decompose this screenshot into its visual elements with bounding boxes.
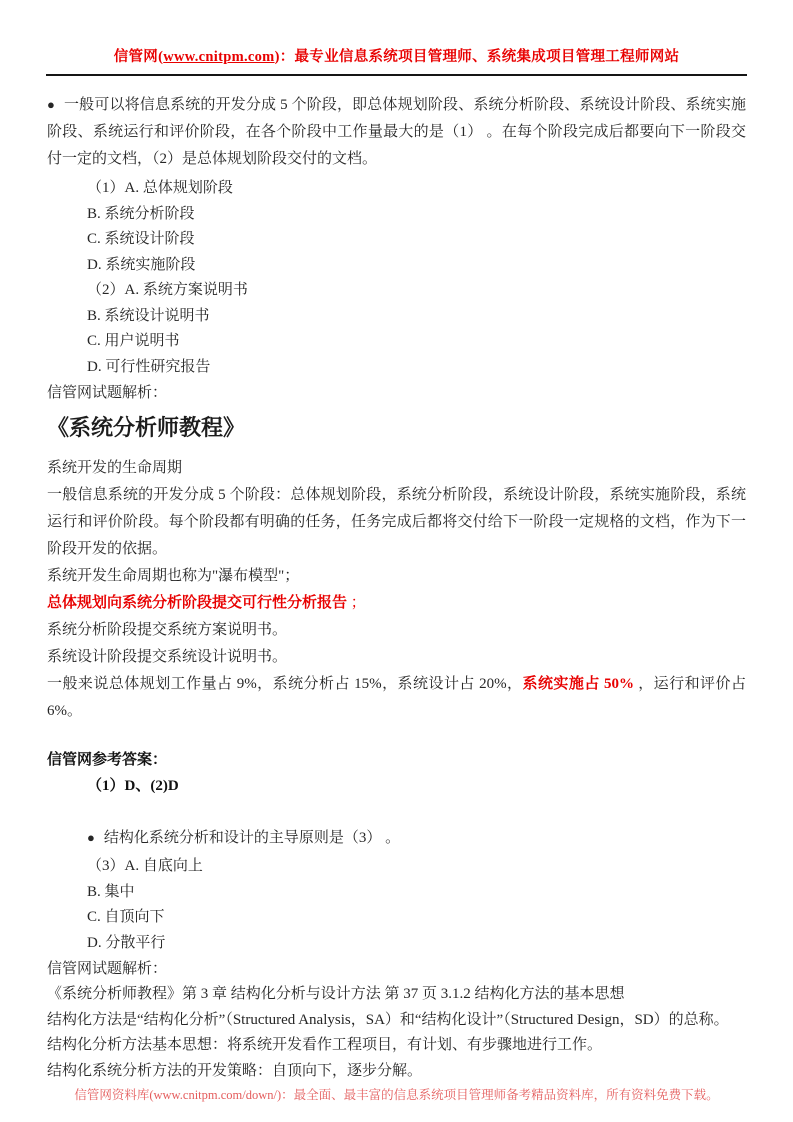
analysis-line: 结构化系统分析方法的开发策略：自顶向下，逐步分解。 <box>47 1059 746 1085</box>
analysis-line: 系统开发的生命周期 <box>47 455 746 482</box>
analysis-label: 信管网试题解析： <box>47 956 746 982</box>
answer-value: （1）D、(2)D <box>87 773 746 799</box>
bullet-icon: ● <box>87 830 95 845</box>
option-item: （3）A. 自底向上 <box>87 854 746 880</box>
option-item: （1）A. 总体规划阶段 <box>87 176 746 202</box>
option-item: C. 用户说明书 <box>87 329 746 355</box>
analysis-line: 《系统分析师教程》第 3 章 结构化分析与设计方法 第 37 页 3.1.2 结… <box>47 982 746 1008</box>
option-item: D. 可行性研究报告 <box>87 355 746 381</box>
analysis-label: 信管网试题解析： <box>47 380 746 406</box>
analysis-line: 系统设计阶段提交系统设计说明书。 <box>47 644 746 671</box>
footer-suffix: )：最全面、最丰富的信息系统项目管理师备考精品资料库，所有资料免费下载。 <box>277 1088 719 1102</box>
question-2-options: （3）A. 自底向上 B. 集中 C. 自顶向下 D. 分散平行 <box>0 854 793 956</box>
option-item: D. 分散平行 <box>87 931 746 957</box>
option-item: D. 系统实施阶段 <box>87 253 746 279</box>
analysis-line: 结构化分析方法基本思想：将系统开发看作工程项目，有计划、有步骤地进行工作。 <box>47 1033 746 1059</box>
book-title-heading: 《系统分析师教程》 <box>47 412 746 444</box>
option-item: C. 自顶向下 <box>87 905 746 931</box>
analysis-workload-line: 一般来说总体规划工作量占 9%，系统分析占 15%，系统设计占 20%，系统实施… <box>47 671 746 725</box>
site-header-prefix: 信管网( <box>114 49 164 65</box>
page-footer: 信管网资料库(www.cnitpm.com/down/)：最全面、最丰富的信息系… <box>30 1086 763 1104</box>
download-link[interactable]: www.cnitpm.com/down/ <box>154 1088 277 1102</box>
analysis-line: 系统分析阶段提交系统方案说明书。 <box>47 617 746 644</box>
site-header: 信管网(www.cnitpm.com)：最专业信息系统项目管理师、系统集成项目管… <box>46 45 747 76</box>
question-1-body: 一般可以将信息系统的开发分成 5 个阶段，即总体规划阶段、系统分析阶段、系统设计… <box>47 97 746 167</box>
option-item: C. 系统设计阶段 <box>87 227 746 253</box>
question-2-text: ●结构化系统分析和设计的主导原则是（3） 。 <box>87 825 746 851</box>
analysis-line: 一般信息系统的开发分成 5 个阶段：总体规划阶段，系统分析阶段，系统设计阶段，系… <box>47 482 746 563</box>
red-highlight-text: 总体规划向系统分析阶段提交可行性分析报告 <box>47 595 347 611</box>
workload-red-highlight: 系统实施占 50% <box>522 676 634 692</box>
site-header-suffix: )：最专业信息系统项目管理师、系统集成项目管理工程师网站 <box>275 49 680 65</box>
answer-label: 信管网参考答案： <box>47 747 746 773</box>
footer-prefix: 信管网资料库( <box>74 1088 153 1102</box>
option-item: B. 集中 <box>87 880 746 906</box>
option-item: B. 系统分析阶段 <box>87 202 746 228</box>
cnitpm-link[interactable]: www.cnitpm.com <box>163 49 274 65</box>
question-1-text: ●一般可以将信息系统的开发分成 5 个阶段，即总体规划阶段、系统分析阶段、系统设… <box>47 91 746 173</box>
question-1-options: （1）A. 总体规划阶段 B. 系统分析阶段 C. 系统设计阶段 D. 系统实施… <box>0 176 793 380</box>
document-page: 信管网(www.cnitpm.com)：最专业信息系统项目管理师、系统集成项目管… <box>0 0 793 1122</box>
analysis-highlight-line: 总体规划向系统分析阶段提交可行性分析报告 ； <box>47 590 746 617</box>
red-highlight-tail: ； <box>347 595 366 611</box>
analysis-line: 结构化方法是“结构化分析”（Structured Analysis，SA）和“结… <box>47 1008 746 1034</box>
option-item: B. 系统设计说明书 <box>87 304 746 330</box>
question-2-body: 结构化系统分析和设计的主导原则是（3） 。 <box>104 830 400 846</box>
workload-pre: 一般来说总体规划工作量占 9%，系统分析占 15%，系统设计占 20%， <box>47 676 522 692</box>
bullet-icon: ● <box>47 97 55 112</box>
option-item: （2）A. 系统方案说明书 <box>87 278 746 304</box>
analysis-line: 系统开发生命周期也称为"瀑布模型"； <box>47 563 746 590</box>
